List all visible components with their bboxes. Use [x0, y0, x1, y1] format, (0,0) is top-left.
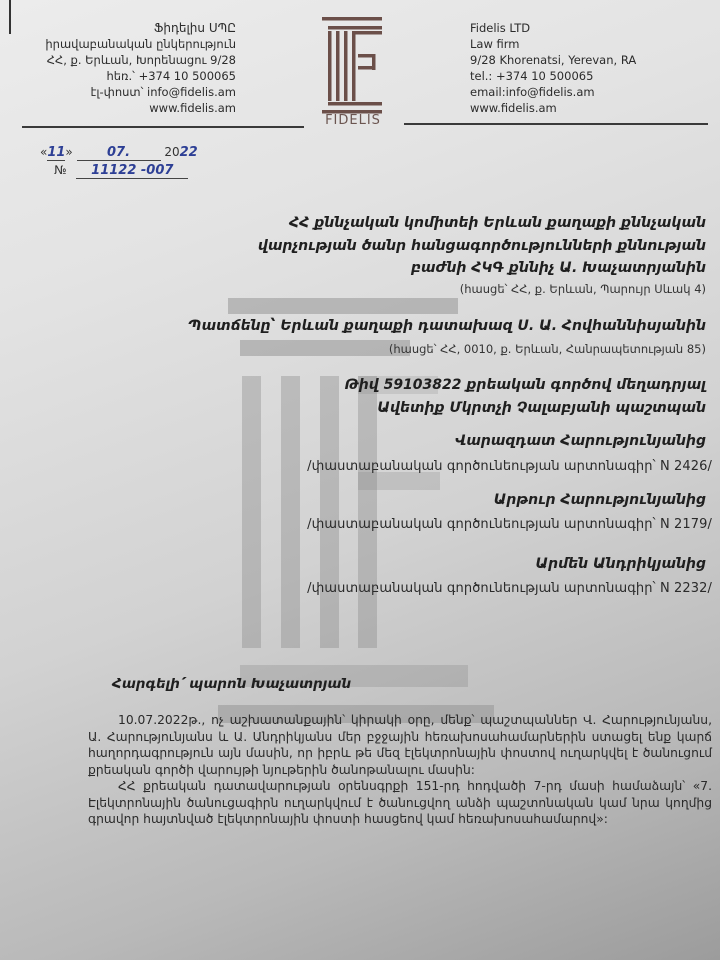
- lawyer-license: /փաստաբանական գործունեության արտոնագիր՝ …: [307, 517, 712, 532]
- watermark-bar: [358, 472, 440, 490]
- copy-to-line: Պատճենը՝ Երևան քաղաքի դատախազ Ս. Ա. Հովհ…: [188, 315, 706, 338]
- firm-type-en: Law firm: [470, 36, 636, 52]
- date-day: 11: [47, 145, 65, 161]
- redaction-bar: [240, 340, 410, 356]
- firm-email-am: էլ-փոստ՝ info@fidelis.am: [45, 84, 236, 100]
- watermark-bar: [320, 376, 339, 648]
- firm-type-am: իրավաբանական ընկերություն: [45, 36, 236, 52]
- lawyer-name: Արմեն Անդրիկյանից: [535, 556, 706, 572]
- letterhead-rule-left: [22, 126, 304, 128]
- addressee-line: ՀՀ քննչական կոմիտեի Երևան քաղաքի քննչակա…: [258, 212, 706, 235]
- body-paragraph: ՀՀ քրեական դատավարության օրենսգրքի 151-ր…: [88, 778, 712, 828]
- letter-date: «11» 07. 2022: [40, 145, 198, 161]
- watermark-bar: [242, 376, 261, 648]
- lawyer-license: /փաստաբանական գործունեության արտոնագիր՝ …: [307, 581, 712, 596]
- case-block: Թիվ 59103822 քրեական գործով մեղադրյալ Ավ…: [345, 374, 706, 419]
- lawyer-name: Արթուր Հարությունյանից: [494, 492, 706, 508]
- date-month: 07.: [77, 145, 161, 161]
- page-edge-mark: [9, 0, 11, 34]
- addressee-line: վարչության ծանր հանցագործությունների քնն…: [258, 235, 706, 258]
- letterhead-rule-right: [404, 123, 708, 125]
- firm-email-en: email:info@fidelis.am: [470, 84, 636, 100]
- firm-address-am: ՀՀ, ք. Երևան, Խորենացու 9/28: [45, 52, 236, 68]
- date-quote-close: »: [65, 145, 72, 159]
- addressee-line: բաժնի ՀԿԳ քննիչ Ա. Խաչատրյանին: [258, 257, 706, 280]
- case-line: Թիվ 59103822 քրեական գործով մեղադրյալ: [345, 374, 706, 397]
- firm-web-am: www.fidelis.am: [45, 100, 236, 116]
- letterhead-english: Fidelis LTD Law firm 9/28 Khorenatsi, Ye…: [470, 20, 636, 116]
- addressee-block: ՀՀ քննչական կոմիտեի Երևան քաղաքի քննչակա…: [258, 212, 706, 280]
- body-paragraph: 10.07.2022թ., ոչ աշխատանքային՝ կիրակի օր…: [88, 712, 712, 778]
- firm-phone-en: tel.: +374 10 500065: [470, 68, 636, 84]
- letterhead-armenian: Ֆիդելիս ՍՊԸ իրավաբանական ընկերություն ՀՀ…: [45, 20, 236, 116]
- letter-body: 10.07.2022թ., ոչ աշխատանքային՝ կիրակի օր…: [88, 712, 712, 828]
- firm-phone-am: հեռ.՝ +374 10 500065: [45, 68, 236, 84]
- redaction-bar: [228, 298, 458, 314]
- addressee-address: (հասցե՝ ՀՀ, ք. Երևան, Պարույր Սևակ 4): [460, 282, 706, 296]
- date-year-suffix: 22: [180, 145, 198, 160]
- firm-address-en: 9/28 Khorenatsi, Yerevan, RA: [470, 52, 636, 68]
- outgoing-number: № 11122 -007: [54, 163, 188, 179]
- number-value: 11122 -007: [76, 163, 188, 179]
- firm-name-am: Ֆիդելիս ՍՊԸ: [45, 20, 236, 36]
- copy-to-address: (հասցե՝ ՀՀ, 0010, ք. Երևան, Հանրապետությ…: [389, 342, 706, 356]
- number-label: №: [54, 163, 66, 177]
- firm-name-en: Fidelis LTD: [470, 20, 636, 36]
- watermark-bar: [281, 376, 300, 648]
- firm-web-en: www.fidelis.am: [470, 100, 636, 116]
- date-year-prefix: 20: [164, 145, 179, 159]
- logo-wordmark: FIDELIS: [318, 113, 388, 128]
- date-quote-open: «: [40, 145, 47, 159]
- greeting: Հարգելի՛ պարոն Խաչատրյան: [112, 676, 351, 692]
- lawyer-license: /փաստաբանական գործունեության արտոնագիր՝ …: [307, 459, 712, 474]
- lawyer-name: Վարազդատ Հարությունյանից: [455, 433, 706, 449]
- case-line: Ավետիք Մկրտչի Չալաբյանի պաշտպան: [345, 397, 706, 420]
